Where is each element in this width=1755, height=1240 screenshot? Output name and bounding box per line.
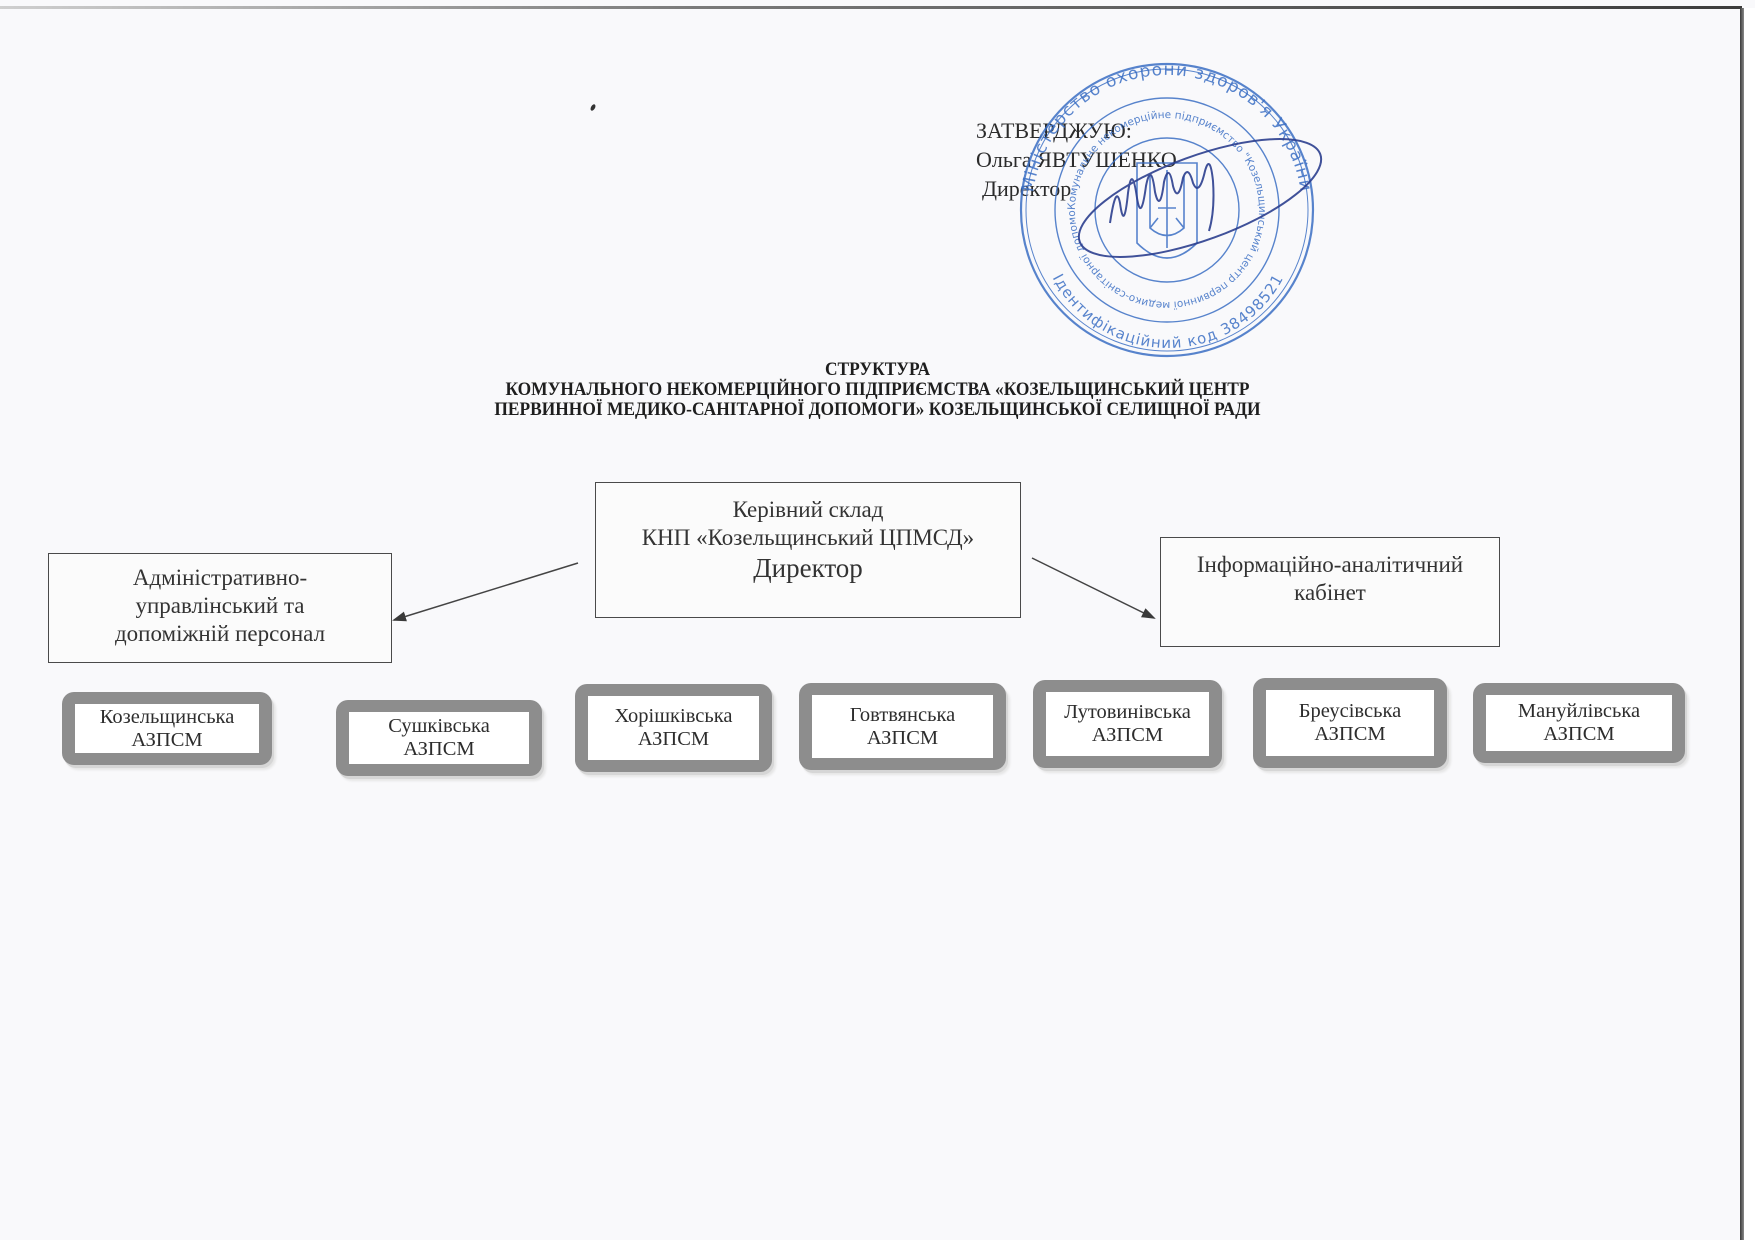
- official-stamp: Міністерство охорони здоров'я України Ід…: [1010, 58, 1330, 358]
- title-line-2: КОМУНАЛЬНОГО НЕКОМЕРЦІЙНОГО ПІДПРИЄМСТВА…: [53, 380, 1703, 400]
- director-box: Керівний склад КНП «Козельщинський ЦПМСД…: [595, 482, 1021, 618]
- approval-block: ЗАТВЕРДЖУЮ: Ольга ЯВТУШЕНКО Директор: [976, 116, 1177, 203]
- unit-box: БреусівськаАЗПСМ: [1253, 678, 1447, 768]
- approval-heading: ЗАТВЕРДЖУЮ:: [976, 116, 1177, 145]
- info-box-line-2: кабінет: [1161, 579, 1499, 607]
- info-box-line-1: Інформаційно-аналітичний: [1161, 551, 1499, 579]
- unit-box: ХорішківськаАЗПСМ: [575, 684, 772, 772]
- approver-role: Директор: [976, 174, 1177, 203]
- admin-box-line-1: Адміністративно-: [49, 564, 391, 592]
- admin-box-line-3: допоміжній персонал: [49, 620, 391, 648]
- unit-type: АЗПСМ: [131, 729, 202, 752]
- stamp-outer-bottom: Ідентифікаційний код 38498521: [1049, 271, 1287, 352]
- admin-staff-box: Адміністративно- управлінський та допомі…: [48, 553, 392, 663]
- approver-name: Ольга ЯВТУШЕНКО: [976, 145, 1177, 174]
- scan-top-edge: [0, 6, 1742, 9]
- ink-speck: [590, 103, 597, 111]
- document-title: СТРУКТУРА КОМУНАЛЬНОГО НЕКОМЕРЦІЙНОГО ПІ…: [53, 360, 1703, 420]
- unit-box: ЛутовинівськаАЗПСМ: [1033, 680, 1222, 768]
- unit-box: МануйлівськаАЗПСМ: [1473, 683, 1685, 763]
- unit-type: АЗПСМ: [1543, 723, 1614, 746]
- unit-box: КозельщинськаАЗПСМ: [62, 692, 272, 765]
- scan-margin: [1744, 8, 1755, 1240]
- unit-name: Говтвянська: [850, 704, 955, 727]
- unit-type: АЗПСМ: [867, 727, 938, 750]
- admin-box-line-2: управлінський та: [49, 592, 391, 620]
- director-box-line-1: Керівний склад: [596, 496, 1020, 524]
- unit-box: ГовтвянськаАЗПСМ: [799, 683, 1006, 770]
- title-line-3: ПЕРВИННОЇ МЕДИКО-САНІТАРНОЇ ДОПОМОГИ» КО…: [53, 400, 1703, 420]
- unit-name: Козельщинська: [100, 706, 235, 729]
- info-analytics-box: Інформаційно-аналітичний кабінет: [1160, 537, 1500, 647]
- unit-type: АЗПСМ: [638, 728, 709, 751]
- title-line-1: СТРУКТУРА: [53, 360, 1703, 380]
- unit-box: СушківськаАЗПСМ: [336, 700, 542, 776]
- unit-name: Хорішківська: [615, 705, 733, 728]
- director-box-line-3: Директор: [596, 552, 1020, 584]
- unit-type: АЗПСМ: [1092, 724, 1163, 747]
- unit-name: Сушківська: [388, 715, 490, 738]
- unit-type: АЗПСМ: [1314, 723, 1385, 746]
- unit-name: Бреусівська: [1299, 700, 1401, 723]
- svg-text:Ідентифікаційний код 38498521: Ідентифікаційний код 38498521: [1049, 271, 1287, 352]
- unit-name: Мануйлівська: [1518, 700, 1640, 723]
- director-box-line-2: КНП «Козельщинський ЦПМСД»: [596, 524, 1020, 552]
- unit-type: АЗПСМ: [403, 738, 474, 761]
- arrow-to-info: [1032, 558, 1154, 618]
- unit-name: Лутовинівська: [1064, 701, 1191, 724]
- arrow-to-admin: [394, 563, 578, 620]
